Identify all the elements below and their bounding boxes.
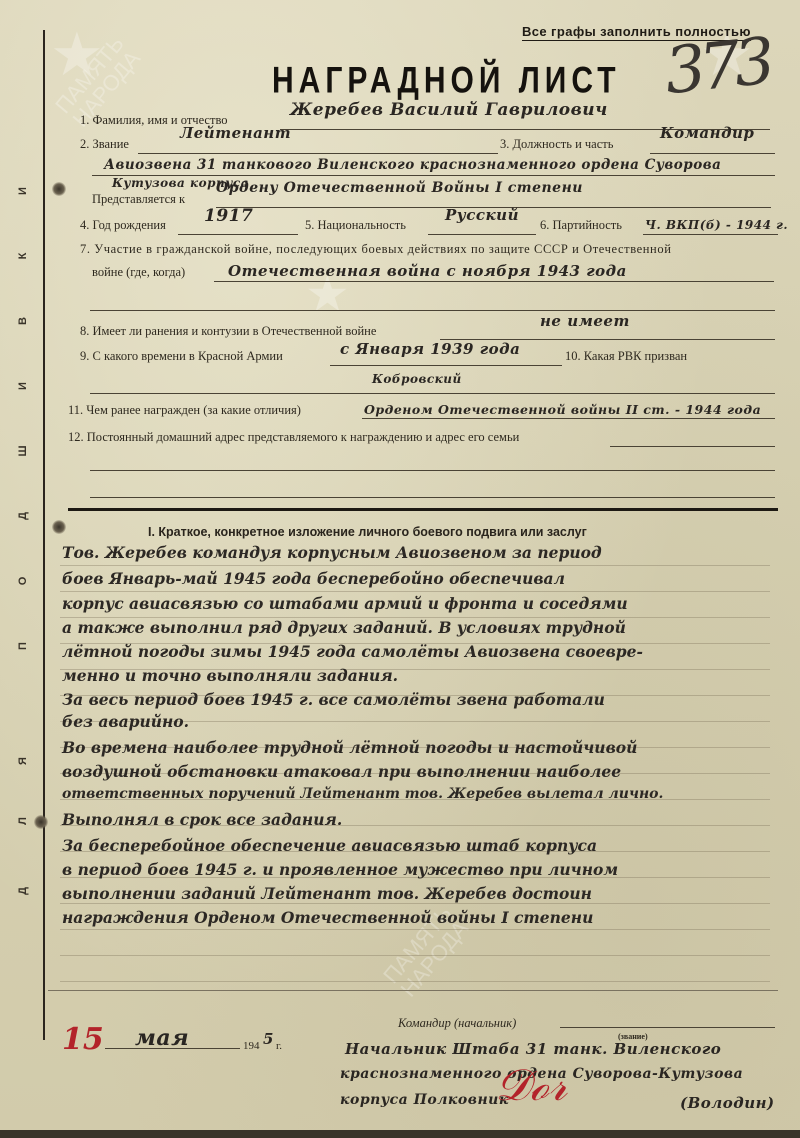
field-value-army-since: с Января 1939 года (340, 340, 520, 358)
signature-line: корпуса Полковник (340, 1092, 509, 1108)
field-value-unit: Авиозвена 31 танкового Виленского красно… (104, 157, 721, 173)
narrative-line: ответственных поручений Лейтенант тов. Ж… (62, 786, 782, 802)
field-label-rank: 2. Звание (80, 137, 129, 152)
field-label-wounds: 8. Имеет ли ранения и контузии в Отечест… (80, 324, 376, 339)
field-rule (428, 234, 536, 235)
field-value-rvk: Кобровский (372, 372, 462, 386)
section-heading: I. Краткое, конкретное изложение личного… (148, 525, 587, 539)
field-label-nationality: 5. Национальность (305, 218, 406, 233)
signature-line: Начальник Штаба 31 танк. Виленского (345, 1040, 721, 1058)
date-year-suffix: 5 (263, 1030, 274, 1048)
bottom-border (0, 1130, 800, 1138)
field-label-war-participation: 7. Участие в гражданской войне, последую… (80, 242, 672, 257)
narrative-line: Тов. Жеребев командуя корпусным Авиозвен… (62, 543, 782, 562)
field-label-birth-year: 4. Год рождения (80, 218, 166, 233)
field-rule (643, 234, 778, 235)
margin-letter: О (12, 575, 34, 587)
field-label-prior-awards: 11. Чем ранее награжден (за какие отличи… (68, 403, 301, 418)
ruled-line (60, 565, 770, 566)
narrative-line: выполнении заданий Лейтенант тов. Жеребе… (62, 884, 782, 903)
ruled-line (60, 981, 770, 982)
field-value-position: Командир (660, 124, 754, 142)
narrative-line: Выполнял в срок все задания. (62, 810, 782, 829)
narrative-line: без аварийно. (62, 712, 782, 731)
star-watermark-icon: ★ (50, 20, 104, 90)
signature-scribble: 𝒟ℴ𝓇 (495, 1060, 567, 1111)
narrative-line: лётной погоды зимы 1945 года самолёты Ав… (62, 642, 782, 661)
field-value-name: Жеребев Василий Гаврилович (290, 100, 608, 120)
margin-letter: Ш (12, 445, 34, 457)
commander-rule (560, 1027, 775, 1028)
ruled-line (60, 903, 770, 904)
field-label-party: 6. Партийность (540, 218, 622, 233)
field-label-position: 3. Должность и часть (500, 137, 613, 152)
archive-number: 373 (661, 25, 772, 109)
field-rule (138, 153, 498, 154)
margin-letter: В (12, 315, 34, 327)
section-bottom-rule (48, 990, 778, 991)
narrative-line: Во времена наиболее трудной лётной погод… (62, 738, 782, 757)
field-value-birth-year: 1917 (204, 206, 253, 226)
date-year-unit: г. (276, 1040, 282, 1052)
field-rule (650, 153, 775, 154)
punch-hole (52, 182, 66, 196)
narrative-line: награждения Орденом Отечественной войны … (62, 908, 782, 927)
margin-letter: Д (12, 885, 34, 897)
narrative-line: боев Январь-май 1945 года бесперебойно о… (62, 569, 782, 588)
field-value-party: Ч. ВКП(б) - 1944 г. (645, 218, 788, 232)
field-value-award: Ордену Отечественной Войны I степени (216, 180, 583, 196)
margin-letter: П (12, 640, 34, 652)
field-value-war-participation: Отечественная война с ноября 1943 года (228, 262, 627, 280)
field-label-war-where-when: войне (где, когда) (92, 265, 185, 280)
field-rule (610, 446, 775, 447)
field-rule (178, 234, 298, 235)
punch-hole (52, 520, 66, 534)
margin-line (43, 30, 45, 1040)
field-rule (214, 281, 774, 282)
signature-name: (Володин) (680, 1094, 775, 1112)
ruled-line (60, 591, 770, 592)
margin-letter: К (12, 250, 34, 262)
margin-letter: Л (12, 815, 34, 827)
punch-hole (34, 815, 48, 829)
field-value-prior-awards: Орденом Отечественной войны II ст. - 194… (364, 402, 761, 417)
document-page: ★ ПАМЯТЬНАРОДА ★ ПАМЯТЬНАРОДА ★ И К В И … (0, 0, 800, 1138)
narrative-line: корпус авиасвязью со штабами армий и фро… (62, 594, 782, 613)
field-label-presented: Представляется к (92, 192, 185, 207)
field-rule (90, 497, 775, 498)
field-rule (90, 393, 775, 394)
page-title: НАГРАДНОЙ ЛИСТ (272, 60, 621, 103)
field-rule (90, 310, 775, 311)
date-year-prefix: 194 (243, 1040, 260, 1052)
margin-letter: Д (12, 510, 34, 522)
narrative-line: За бесперебойное обеспечение авиасвязью … (62, 836, 782, 855)
margin-letter: И (12, 380, 34, 392)
field-value-wounds: не имеет (540, 312, 630, 330)
field-value-nationality: Русский (445, 206, 519, 224)
field-rule (362, 418, 775, 419)
commander-label: Командир (начальник) (398, 1016, 516, 1031)
date-day: 15 (62, 1022, 104, 1057)
narrative-line: менно и точно выполняли задания. (62, 666, 782, 685)
field-value-rank: Лейтенант (180, 124, 291, 142)
section-divider (68, 508, 778, 511)
narrative-line: За весь период боев 1945 г. все самолёты… (62, 690, 782, 709)
field-rule (90, 470, 775, 471)
date-month: мая (135, 1025, 189, 1051)
field-label-home-address: 12. Постоянный домашний адрес представля… (68, 430, 519, 445)
field-label-army-since: 9. С какого времени в Красной Армии (80, 349, 283, 364)
ruled-line (60, 929, 770, 930)
narrative-line: а также выполнил ряд других заданий. В у… (62, 618, 782, 637)
ruled-line (60, 955, 770, 956)
margin-letter: Я (12, 755, 34, 767)
field-label-rvk: 10. Какая РВК призван (565, 349, 687, 364)
margin-letter: И (12, 185, 34, 197)
narrative-line: воздушной обстановки атаковал при выполн… (62, 762, 782, 781)
narrative-line: в период боев 1945 г. и проявленное муже… (62, 860, 782, 879)
field-rule (330, 365, 562, 366)
